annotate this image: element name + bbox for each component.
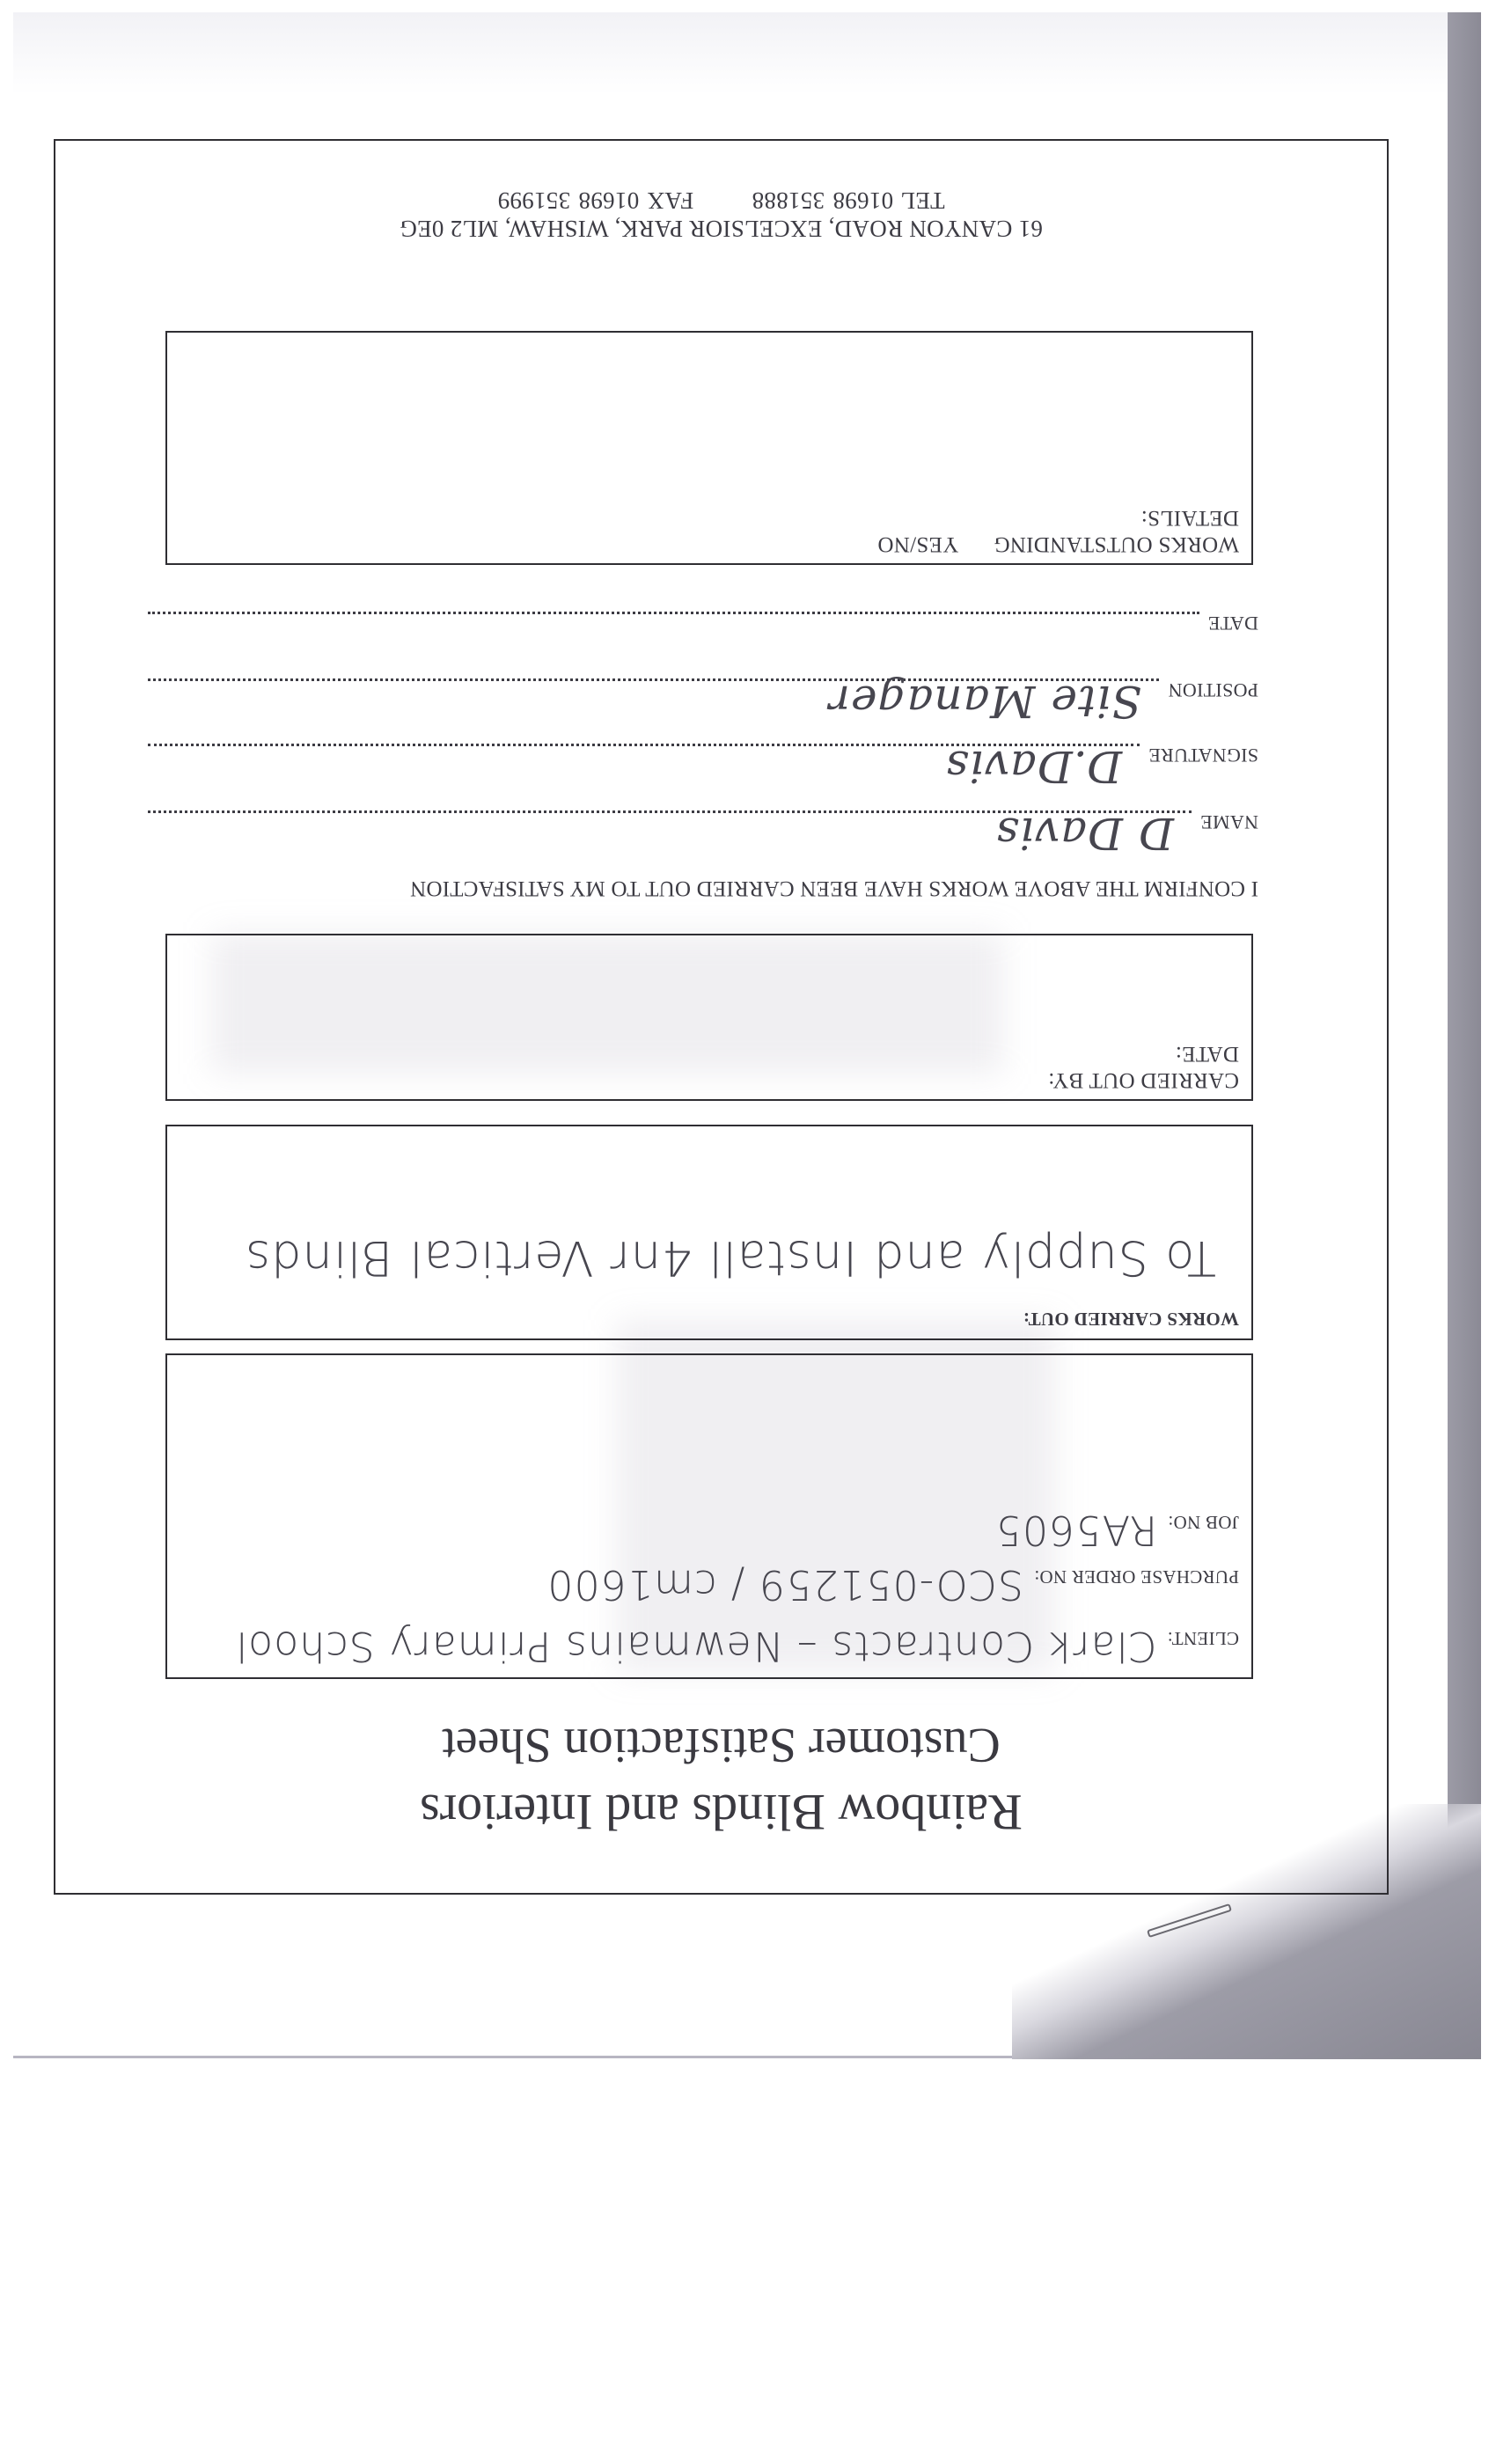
position-line: POSITION Site Manager [148, 678, 1258, 714]
company-address: 61 CANYON ROAD, EXCELSIOR PARK, WISHAW, … [55, 215, 1387, 242]
client-details-box: CLIENT: Clark Contracts – Newmains Prima… [165, 1353, 1253, 1679]
works-carried-out-box: WORKS CARRIED OUT: To Supply and Install… [165, 1125, 1253, 1340]
client-field: CLIENT: Clark Contracts – Newmains Prima… [235, 1623, 1239, 1670]
date-label: DATE [1208, 612, 1258, 634]
works-carried-out-label: WORKS CARRIED OUT: [1023, 1308, 1239, 1330]
form-frame: Rainbow Blinds and Interiors Customer Sa… [54, 139, 1389, 1895]
client-label: CLIENT: [1167, 1627, 1239, 1649]
telephone-number: TEL 01698 351888 [752, 187, 944, 214]
name-line: NAME D Davis [148, 810, 1258, 846]
name-label: NAME [1200, 810, 1258, 833]
job-number-value: RA5605 [994, 1507, 1157, 1554]
carried-out-by-box: CARRIED OUT BY: DATE: [165, 934, 1253, 1101]
company-name: Rainbow Blinds and Interiors [55, 1786, 1387, 1838]
works-carried-out-value: To Supply and Install 4nr Vertical Blind… [245, 1230, 1216, 1286]
position-handwritten: Site Manager [828, 676, 1141, 727]
position-label: POSITION [1168, 678, 1258, 701]
details-label: DETAILS: [1141, 505, 1240, 530]
date-dotted-line [148, 612, 1199, 627]
works-outstanding-field: WORKS OUTSTANDING YES/NO [877, 532, 1239, 556]
date-line: DATE [148, 612, 1258, 647]
position-dotted-line: Site Manager [148, 678, 1159, 693]
scanner-edge-shadow [1448, 12, 1481, 2056]
signature-label: SIGNATURE [1148, 744, 1258, 766]
carried-out-by-field: CARRIED OUT BY: [1038, 1067, 1239, 1092]
works-outstanding-options: YES/NO [877, 532, 958, 556]
signature-dotted-line: D.Davis [148, 744, 1140, 759]
form-title: Customer Satisfaction Sheet [55, 1719, 1387, 1771]
fax-number: FAX 01698 351999 [497, 187, 693, 214]
name-dotted-line: D Davis [148, 810, 1192, 825]
company-contact: TEL 01698 351888 FAX 01698 351999 [55, 187, 1387, 214]
works-outstanding-box: WORKS OUTSTANDING YES/NO DETAILS: [165, 331, 1253, 565]
carried-out-date-field: DATE: [1165, 1041, 1239, 1066]
carried-out-by-label: CARRIED OUT BY: [1048, 1067, 1239, 1092]
confirmation-statement: I CONFIRM THE ABOVE WORKS HAVE BEEN CARR… [410, 876, 1258, 900]
works-carried-out-row: To Supply and Install 4nr Vertical Blind… [245, 1230, 1216, 1286]
signature-line: SIGNATURE D.Davis [148, 744, 1258, 779]
job-number-label: JOB No: [1168, 1511, 1239, 1533]
carried-out-date-label: DATE: [1176, 1041, 1239, 1066]
job-number-field: JOB No: RA5605 [994, 1507, 1239, 1554]
client-value: Clark Contracts – Newmains Primary Schoo… [235, 1623, 1156, 1670]
works-carried-out-label-row: WORKS CARRIED OUT: [1023, 1308, 1239, 1330]
works-outstanding-label: WORKS OUTSTANDING [994, 532, 1239, 556]
details-field: DETAILS: [1131, 505, 1240, 530]
purchase-order-label: PURCHASE ORDER NO: [1034, 1566, 1239, 1588]
purchase-order-value: SCO-051259 / cm1600 [546, 1561, 1023, 1609]
name-handwritten: D Davis [995, 808, 1174, 859]
purchase-order-field: PURCHASE ORDER NO: SCO-051259 / cm1600 [546, 1561, 1239, 1609]
signature-handwritten: D.Davis [945, 741, 1122, 792]
